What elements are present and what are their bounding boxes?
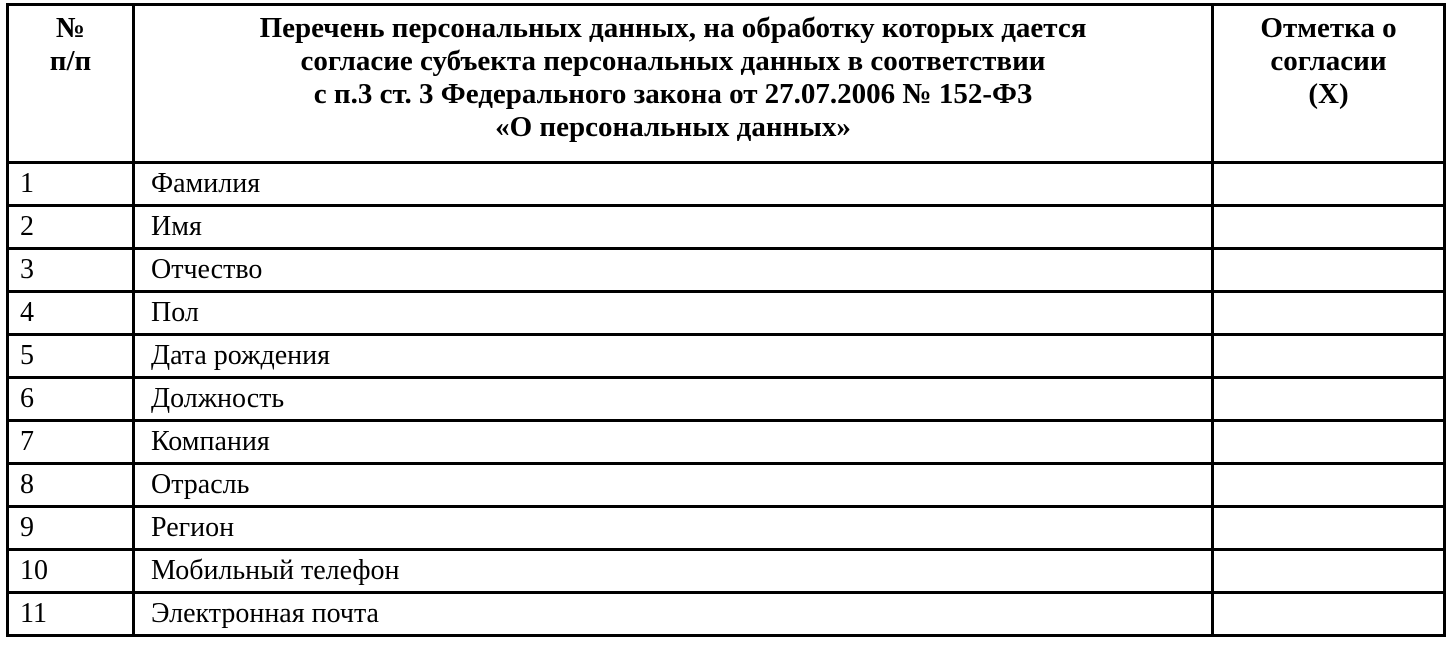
header-list-line: согласие субъекта персональных данных в … — [135, 45, 1211, 78]
header-row: № п/п Перечень персональных данных, на о… — [8, 5, 1445, 163]
table-row: 1Фамилия — [8, 163, 1445, 206]
header-list-line: «О персональных данных» — [135, 111, 1211, 144]
row-data-item: Имя — [134, 206, 1213, 249]
table-body: 1Фамилия2Имя3Отчество4Пол5Дата рождения6… — [8, 163, 1445, 636]
table-row: 7Компания — [8, 421, 1445, 464]
row-data-item: Электронная почта — [134, 593, 1213, 636]
row-number: 10 — [8, 550, 134, 593]
row-data-item: Отрасль — [134, 464, 1213, 507]
row-number: 11 — [8, 593, 134, 636]
row-data-item: Должность — [134, 378, 1213, 421]
consent-mark-cell[interactable] — [1213, 206, 1445, 249]
row-data-item: Отчество — [134, 249, 1213, 292]
row-data-item: Компания — [134, 421, 1213, 464]
consent-mark-cell[interactable] — [1213, 593, 1445, 636]
consent-mark-cell[interactable] — [1213, 507, 1445, 550]
row-data-item: Регион — [134, 507, 1213, 550]
row-number: 9 — [8, 507, 134, 550]
table-row: 5Дата рождения — [8, 335, 1445, 378]
row-number: 4 — [8, 292, 134, 335]
table-row: 4Пол — [8, 292, 1445, 335]
consent-mark-cell[interactable] — [1213, 550, 1445, 593]
table-row: 6Должность — [8, 378, 1445, 421]
row-number: 1 — [8, 163, 134, 206]
table-row: 2Имя — [8, 206, 1445, 249]
header-number: № п/п — [8, 5, 134, 163]
row-data-item: Фамилия — [134, 163, 1213, 206]
table-row: 3Отчество — [8, 249, 1445, 292]
row-number: 8 — [8, 464, 134, 507]
row-number: 3 — [8, 249, 134, 292]
table-row: 8Отрасль — [8, 464, 1445, 507]
consent-mark-cell[interactable] — [1213, 421, 1445, 464]
header-consent-mark: Отметка о согласии (X) — [1213, 5, 1445, 163]
row-data-item: Пол — [134, 292, 1213, 335]
consent-mark-cell[interactable] — [1213, 163, 1445, 206]
header-number-line: п/п — [9, 45, 132, 78]
consent-mark-cell[interactable] — [1213, 249, 1445, 292]
table-row: 9Регион — [8, 507, 1445, 550]
header-list-line: с п.3 ст. 3 Федерального закона от 27.07… — [135, 78, 1211, 111]
table-row: 10Мобильный телефон — [8, 550, 1445, 593]
row-data-item: Мобильный телефон — [134, 550, 1213, 593]
header-consent-line: (X) — [1214, 78, 1443, 111]
row-number: 2 — [8, 206, 134, 249]
row-number: 7 — [8, 421, 134, 464]
consent-mark-cell[interactable] — [1213, 378, 1445, 421]
header-data-list: Перечень персональных данных, на обработ… — [134, 5, 1213, 163]
consent-mark-cell[interactable] — [1213, 335, 1445, 378]
table-row: 11Электронная почта — [8, 593, 1445, 636]
row-number: 5 — [8, 335, 134, 378]
row-data-item: Дата рождения — [134, 335, 1213, 378]
personal-data-consent-table: № п/п Перечень персональных данных, на о… — [6, 3, 1446, 637]
consent-mark-cell[interactable] — [1213, 464, 1445, 507]
header-consent-line: Отметка о — [1214, 12, 1443, 45]
row-number: 6 — [8, 378, 134, 421]
consent-mark-cell[interactable] — [1213, 292, 1445, 335]
header-number-line: № — [9, 12, 132, 45]
header-consent-line: согласии — [1214, 45, 1443, 78]
header-list-line: Перечень персональных данных, на обработ… — [135, 12, 1211, 45]
